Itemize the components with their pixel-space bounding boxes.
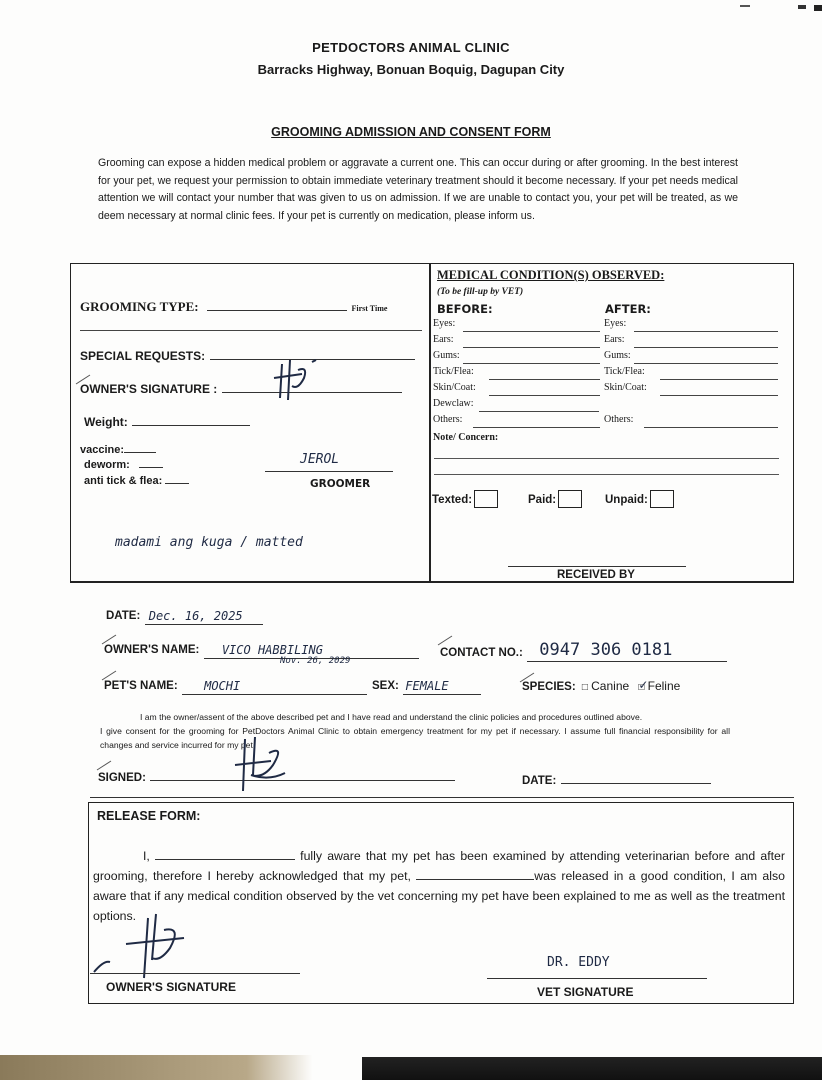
groomer-label: GROOMER bbox=[310, 478, 370, 490]
consent-line-1: I am the owner/assent of the above descr… bbox=[140, 710, 760, 724]
medical-row: Eyes:Eyes: bbox=[433, 318, 783, 334]
intro-paragraph: Grooming can expose a hidden medical pro… bbox=[98, 155, 738, 225]
clinic-address: Barracks Highway, Bonuan Boquig, Dagupan… bbox=[0, 62, 822, 77]
checkmark-owner-name bbox=[100, 632, 120, 646]
feline-checkbox[interactable]: □✓ bbox=[638, 682, 644, 693]
anti-tick-line[interactable] bbox=[165, 483, 189, 484]
signed-label: SIGNED: bbox=[98, 772, 146, 784]
groomer-signature-value: JEROL bbox=[300, 452, 339, 467]
paid-checkbox[interactable] bbox=[558, 490, 582, 508]
canine-checkbox[interactable]: □ bbox=[582, 682, 588, 693]
deworm-line[interactable] bbox=[139, 467, 163, 468]
after-label: AFTER: bbox=[605, 302, 651, 316]
vet-signature-label: VET SIGNATURE bbox=[537, 985, 633, 999]
weight-field[interactable]: Weight: bbox=[84, 413, 250, 431]
before-field-input[interactable] bbox=[463, 347, 600, 348]
vaccine-label: vaccine: bbox=[80, 444, 124, 456]
checkmark-pet-name bbox=[100, 668, 120, 682]
scan-bottom-shadow bbox=[362, 1057, 822, 1080]
grooming-type-field[interactable]: GROOMING TYPE: First Time bbox=[80, 298, 387, 316]
release-owner-signature-line[interactable] bbox=[90, 973, 300, 974]
weight-label: Weight: bbox=[84, 415, 128, 429]
release-text-part1: I, bbox=[143, 849, 155, 863]
vet-signature-line[interactable] bbox=[487, 978, 707, 979]
date-field[interactable]: DATE: Dec. 16, 2025 bbox=[106, 606, 263, 625]
date-line[interactable]: Dec. 16, 2025 bbox=[145, 606, 263, 625]
feline-option-label: Feline bbox=[648, 679, 681, 693]
checkmark-species bbox=[518, 670, 538, 684]
medical-row: Dewclaw: bbox=[433, 398, 783, 414]
vet-signature-value: DR. EDDY bbox=[547, 955, 610, 970]
form-title-text: GROOMING ADMISSION AND CONSENT FORM bbox=[271, 125, 551, 139]
anti-tick-field[interactable]: anti tick & flea: bbox=[84, 475, 189, 487]
medical-subtitle: (To be fill-up by VET) bbox=[437, 287, 523, 297]
after-field-input[interactable] bbox=[634, 331, 778, 332]
pet-name-field[interactable]: PET'S NAME: MOCHI bbox=[104, 676, 367, 695]
release-pet-name-blank[interactable] bbox=[416, 879, 534, 880]
after-field-label: Gums: bbox=[604, 350, 631, 361]
birth-date-value: Nov. 26, 2029 bbox=[280, 656, 350, 666]
note-line-1[interactable] bbox=[434, 458, 779, 459]
checkmark-signed bbox=[95, 758, 115, 772]
grooming-type-label: GROOMING TYPE: bbox=[80, 299, 199, 314]
before-field-input[interactable] bbox=[463, 331, 600, 332]
medical-row: Others:Others: bbox=[433, 414, 783, 430]
consent-date-line[interactable] bbox=[561, 783, 711, 784]
medical-row: Skin/Coat:Skin/Coat: bbox=[433, 382, 783, 398]
owner-signature-label: OWNER'S SIGNATURE : bbox=[80, 382, 217, 396]
unpaid-checkbox[interactable] bbox=[650, 490, 674, 508]
release-owner-signature-label: OWNER'S SIGNATURE bbox=[106, 980, 236, 994]
after-field-input[interactable] bbox=[644, 427, 778, 428]
after-field-label: Others: bbox=[604, 414, 633, 425]
owner-signature-scribble bbox=[268, 356, 328, 404]
special-requests-field[interactable]: SPECIAL REQUESTS: bbox=[80, 347, 415, 365]
pet-name-line[interactable]: MOCHI bbox=[182, 676, 367, 695]
groomer-line[interactable] bbox=[265, 471, 393, 472]
release-title: RELEASE FORM: bbox=[97, 809, 200, 823]
before-field-label: Others: bbox=[433, 414, 462, 425]
release-paragraph: I, fully aware that my pet has been exam… bbox=[93, 846, 785, 926]
sex-label: SEX: bbox=[372, 680, 399, 692]
canine-option-label: Canine bbox=[591, 679, 629, 693]
before-field-input[interactable] bbox=[479, 411, 599, 412]
before-field-label: Eyes: bbox=[433, 318, 455, 329]
before-field-label: Ears: bbox=[433, 334, 454, 345]
before-field-label: Skin/Coat: bbox=[433, 382, 476, 393]
before-label: BEFORE: bbox=[437, 302, 493, 316]
feline-check-icon: ✓ bbox=[638, 678, 648, 692]
vaccine-line[interactable] bbox=[124, 452, 156, 453]
sex-value: FEMALE bbox=[405, 679, 448, 693]
release-owner-name-blank[interactable] bbox=[155, 859, 295, 860]
before-field-input[interactable] bbox=[463, 363, 600, 364]
checkmark-contact bbox=[436, 633, 456, 647]
grooming-type-line[interactable] bbox=[207, 310, 347, 311]
owner-signature-field[interactable]: OWNER'S SIGNATURE : bbox=[80, 380, 402, 398]
species-field[interactable]: SPECIES: □ Canine □✓ Feline bbox=[522, 679, 680, 693]
scan-edge-mark bbox=[740, 0, 822, 8]
medical-title: MEDICAL CONDITION(S) OBSERVED: bbox=[437, 268, 664, 283]
checkmark-owner-signature bbox=[74, 372, 94, 386]
owner-name-field[interactable]: OWNER'S NAME: VICO HABBILING bbox=[104, 640, 419, 659]
before-field-input[interactable] bbox=[489, 395, 600, 396]
weight-line[interactable] bbox=[132, 425, 250, 426]
contact-label: CONTACT NO.: bbox=[440, 647, 523, 659]
pet-name-value: MOCHI bbox=[204, 679, 240, 693]
after-field-input[interactable] bbox=[634, 347, 778, 348]
grooming-type-line-2[interactable] bbox=[80, 330, 422, 331]
after-field-label: Tick/Flea: bbox=[604, 366, 645, 377]
after-field-input[interactable] bbox=[634, 363, 778, 364]
medical-row: Ears:Ears: bbox=[433, 334, 783, 350]
handwritten-note: madami ang kuga / matted bbox=[115, 535, 303, 550]
clinic-name: PETDOCTORS ANIMAL CLINIC bbox=[0, 40, 822, 55]
owner-name-value: VICO HABBILING bbox=[222, 643, 323, 657]
vaccine-field[interactable]: vaccine: bbox=[80, 444, 156, 456]
paid-checkbox-group[interactable]: Paid: bbox=[528, 490, 582, 508]
after-field-input[interactable] bbox=[660, 379, 778, 380]
box-divider bbox=[429, 263, 431, 583]
note-concern-label: Note/ Concern: bbox=[433, 432, 498, 443]
signed-line[interactable] bbox=[150, 780, 455, 781]
medical-row: Tick/Flea:Tick/Flea: bbox=[433, 366, 783, 382]
note-line-2[interactable] bbox=[434, 474, 779, 475]
special-requests-label: SPECIAL REQUESTS: bbox=[80, 349, 205, 363]
after-field-label: Eyes: bbox=[604, 318, 626, 329]
date-value: Dec. 16, 2025 bbox=[149, 609, 243, 623]
before-field-input[interactable] bbox=[473, 427, 600, 428]
medical-row: Gums:Gums: bbox=[433, 350, 783, 366]
texted-checkbox[interactable] bbox=[474, 490, 498, 508]
deworm-field[interactable]: deworm: bbox=[84, 459, 163, 471]
date-label: DATE: bbox=[106, 610, 140, 622]
section-divider bbox=[90, 797, 794, 798]
before-field-label: Tick/Flea: bbox=[433, 366, 474, 377]
sex-line[interactable]: FEMALE bbox=[403, 676, 481, 695]
received-by-label: RECEIVED BY bbox=[557, 569, 635, 581]
consent-date-label: DATE: bbox=[522, 775, 556, 787]
unpaid-checkbox-group[interactable]: Unpaid: bbox=[605, 490, 674, 508]
consent-line-2: I give consent for the grooming for PetD… bbox=[100, 724, 730, 752]
unpaid-label: Unpaid: bbox=[605, 494, 648, 506]
consent-date-field[interactable]: DATE: bbox=[522, 771, 711, 789]
before-field-label: Dewclaw: bbox=[433, 398, 474, 409]
before-field-input[interactable] bbox=[489, 379, 600, 380]
texted-label: Texted: bbox=[432, 494, 472, 506]
form-title: GROOMING ADMISSION AND CONSENT FORM bbox=[0, 125, 822, 139]
signed-signature-scribble bbox=[225, 735, 295, 795]
texted-checkbox-group[interactable]: Texted: bbox=[432, 490, 498, 508]
contact-line[interactable]: 0947 306 0181 bbox=[527, 643, 727, 662]
after-field-label: Skin/Coat: bbox=[604, 382, 647, 393]
sex-field[interactable]: SEX: FEMALE bbox=[372, 676, 481, 695]
contact-field[interactable]: CONTACT NO.: 0947 306 0181 bbox=[440, 643, 727, 662]
deworm-label: deworm: bbox=[84, 459, 130, 471]
received-by-line[interactable] bbox=[508, 566, 686, 567]
before-field-label: Gums: bbox=[433, 350, 460, 361]
after-field-input[interactable] bbox=[660, 395, 778, 396]
first-time-note: First Time bbox=[351, 304, 387, 313]
paid-label: Paid: bbox=[528, 494, 556, 506]
contact-value: 0947 306 0181 bbox=[539, 640, 672, 660]
after-field-label: Ears: bbox=[604, 334, 625, 345]
release-owner-signature-scribble bbox=[90, 912, 190, 982]
anti-tick-label: anti tick & flea: bbox=[84, 475, 162, 487]
